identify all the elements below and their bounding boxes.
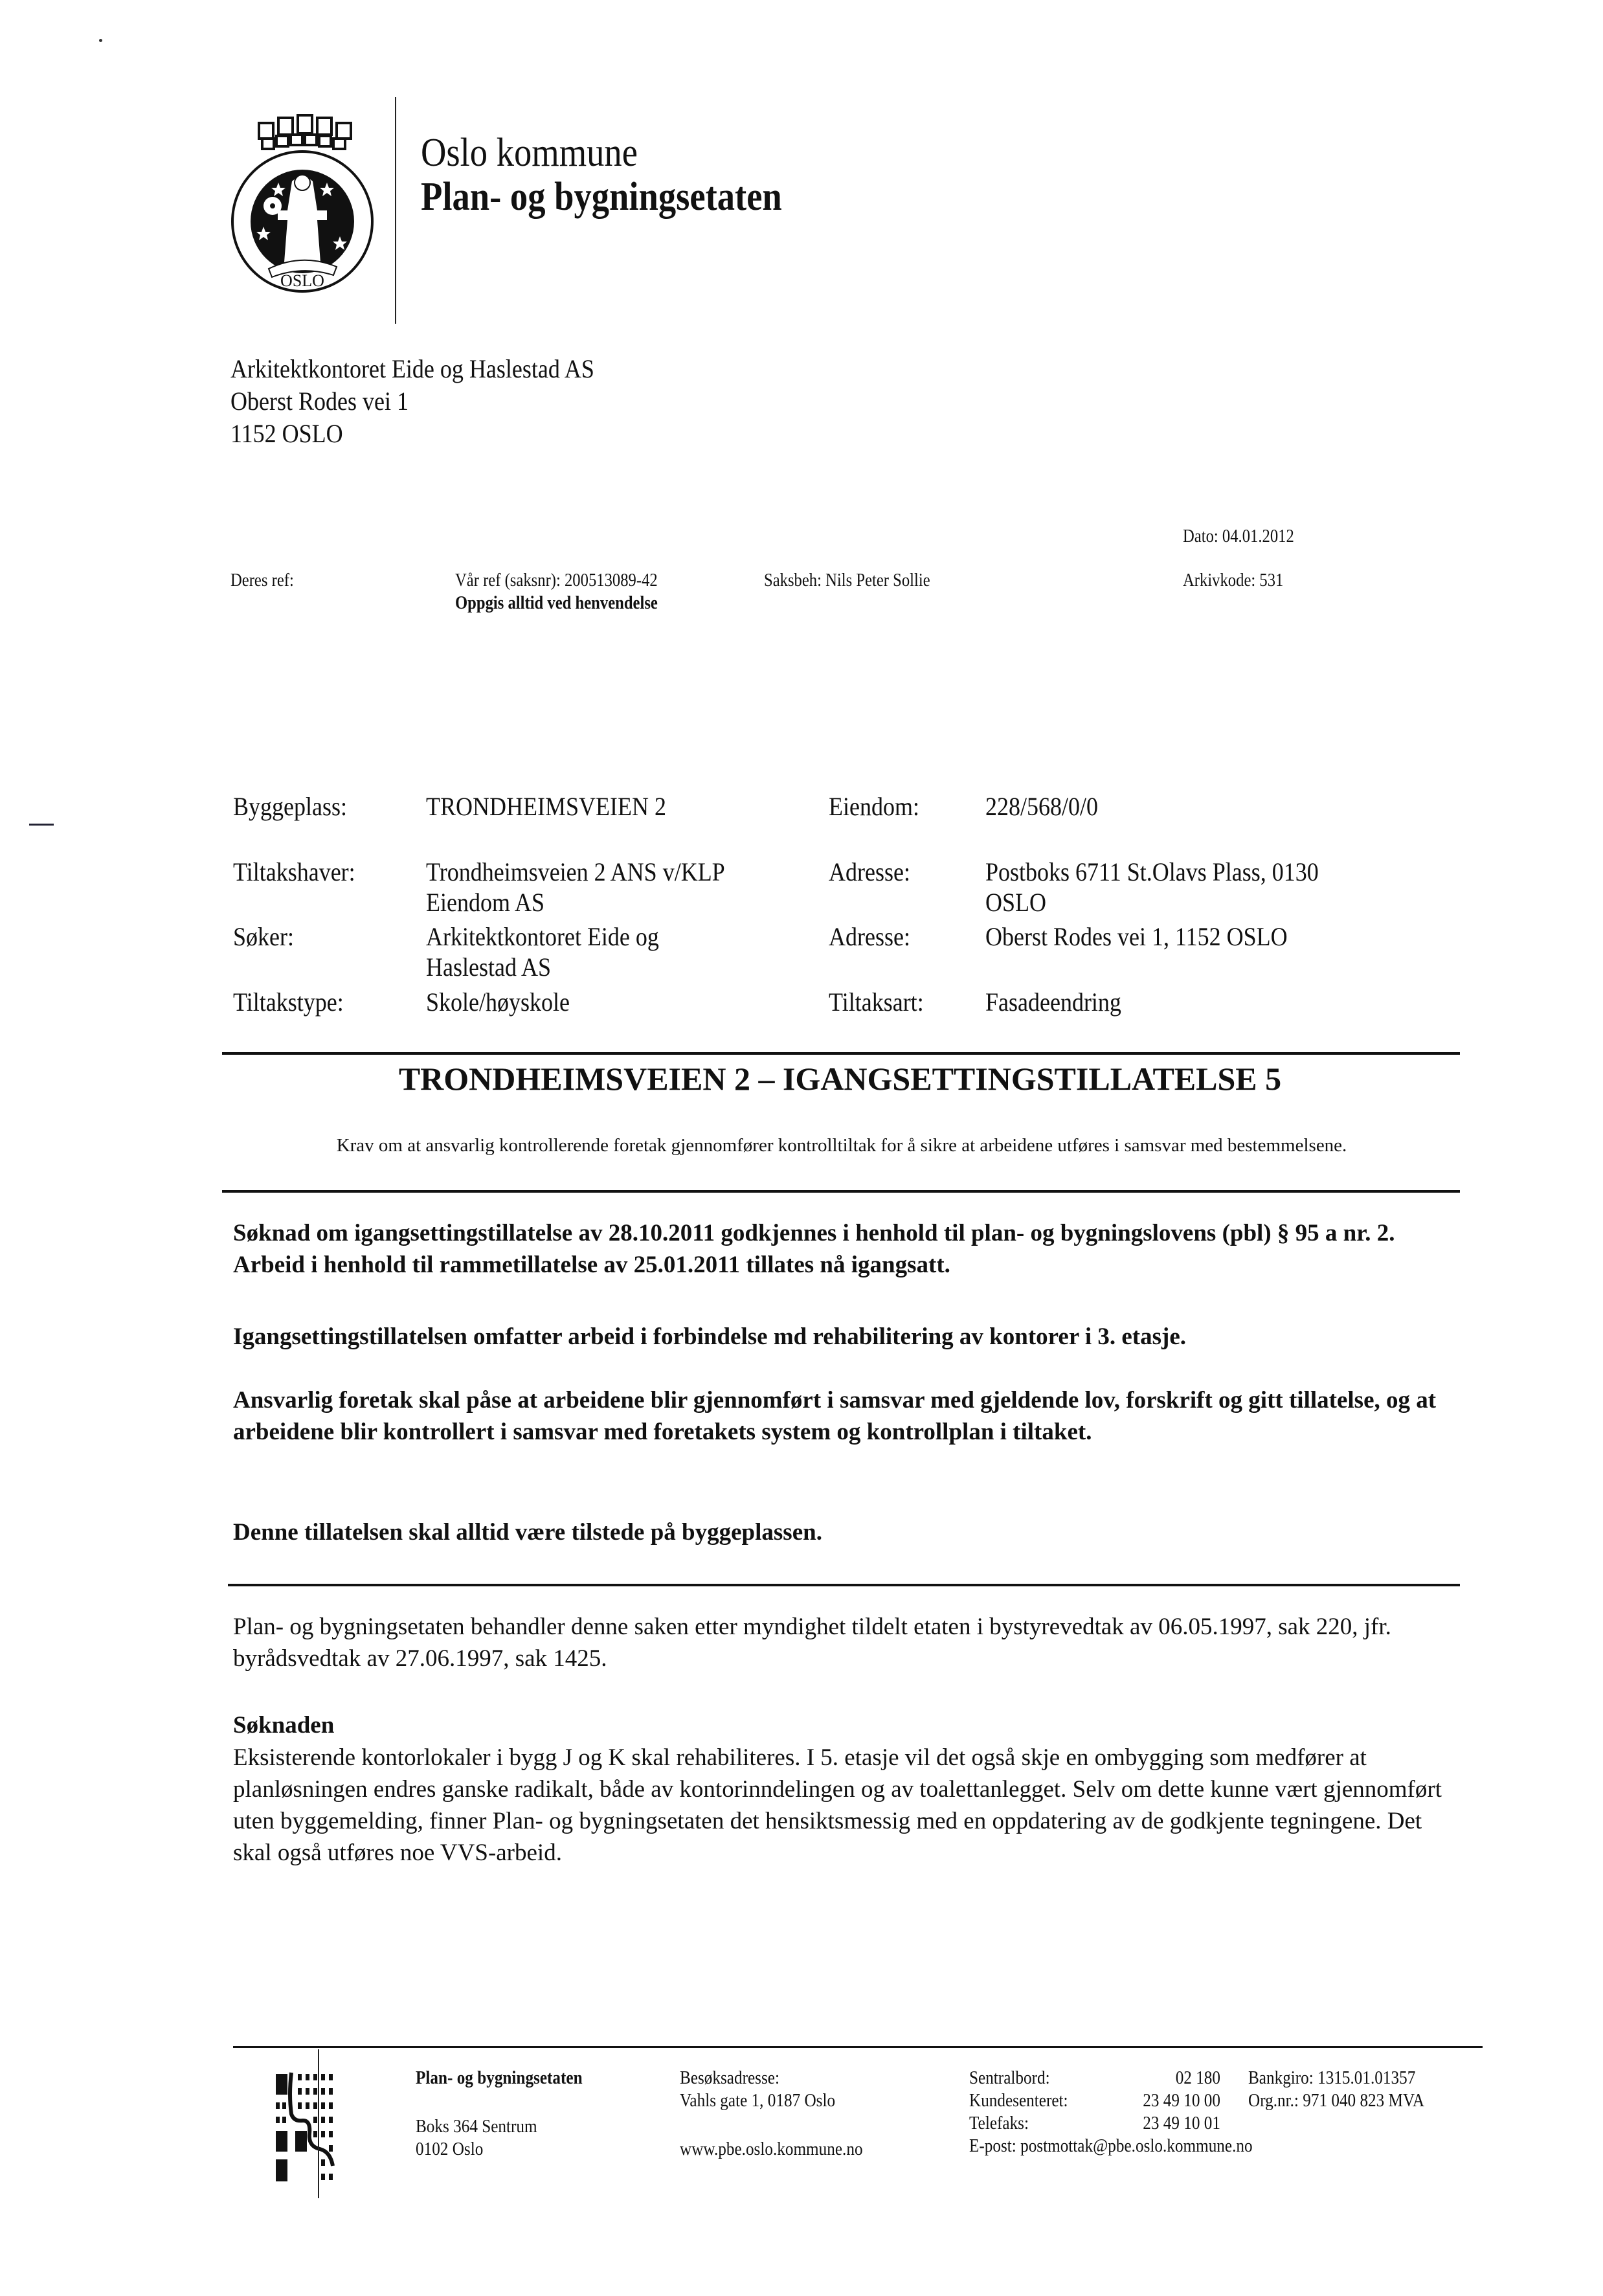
footer-contact-label: Kundesenteret:	[969, 2090, 1068, 2112]
footer-website[interactable]: www.pbe.oslo.kommune.no	[680, 2139, 863, 2161]
deres-ref: Deres ref:	[230, 570, 294, 592]
footer-divider-vertical	[318, 2049, 319, 2198]
info-value-tiltakstype: Skole/høyskole	[426, 987, 570, 1017]
recipient-line: Oberst Rodes vei 1	[230, 385, 594, 418]
decision-approval: Søknad om igangsettingstillatelse av 28.…	[233, 1217, 1463, 1281]
footer-orgnr: Org.nr.: 971 040 823 MVA	[1248, 2090, 1424, 2112]
archive-code: Arkivkode: 531	[1183, 570, 1283, 592]
info-value-adresse-2: Oberst Rodes vei 1, 1152 OSLO	[985, 921, 1288, 952]
scan-speck	[99, 39, 102, 42]
footer-postal-2: 0102 Oslo	[416, 2139, 483, 2161]
info-value-tiltakshaver-cont: Eiendom AS	[426, 887, 544, 917]
decision-responsibility: Ansvarlig foretak skal påse at arbeidene…	[233, 1384, 1463, 1448]
footer-contact-value: 23 49 10 00	[1113, 2090, 1221, 2112]
oslo-crest-logo: OSLO	[230, 97, 376, 304]
department-name: Plan- og bygningsetaten	[421, 174, 782, 220]
info-value-eiendom: 228/568/0/0	[985, 791, 1098, 822]
recipient-line: 1152 OSLO	[230, 418, 594, 450]
decision-onsite-notice: Denne tillatelsen skal alltid være tilst…	[233, 1516, 1463, 1548]
info-label-soker: Søker:	[233, 921, 294, 952]
letter-date: Dato: 04.01.2012	[1183, 526, 1294, 548]
recipient-line: Arkitektkontoret Eide og Haslestad AS	[230, 353, 594, 385]
divider	[222, 1052, 1460, 1055]
footer-contact-label: Telefaks:	[969, 2113, 1029, 2135]
divider	[222, 1190, 1460, 1193]
footer-email[interactable]: E-post: postmottak@pbe.oslo.kommune.no	[969, 2135, 1253, 2157]
pbe-logo	[246, 2069, 369, 2185]
divider	[228, 1584, 1460, 1586]
fold-mark	[29, 824, 54, 826]
info-value-adresse-1-cont: OSLO	[985, 887, 1046, 917]
footer-org: Plan- og bygningsetaten	[416, 2067, 583, 2089]
info-value-soker: Arkitektkontoret Eide og	[426, 921, 659, 952]
footer-contact-label: Sentralbord:	[969, 2067, 1050, 2089]
info-value-adresse-1: Postboks 6711 St.Olavs Plass, 0130	[985, 857, 1319, 887]
footer-visit-label: Besøksadresse:	[680, 2067, 779, 2089]
info-label-tiltakstype: Tiltakstype:	[233, 987, 344, 1017]
footer-bankgiro: Bankgiro: 1315.01.01357	[1248, 2067, 1415, 2089]
info-label-eiendom: Eiendom:	[829, 791, 919, 822]
org-name: Oslo kommune	[421, 129, 638, 176]
svg-text:OSLO: OSLO	[280, 271, 324, 290]
info-value-tiltakshaver: Trondheimsveien 2 ANS v/KLP	[426, 857, 725, 887]
decision-scope: Igangsettingstillatelsen omfatter arbeid…	[233, 1321, 1463, 1353]
info-value-soker-cont: Haslestad AS	[426, 952, 551, 982]
header-divider	[395, 97, 396, 324]
footer-postal-1: Boks 364 Sentrum	[416, 2116, 537, 2138]
var-ref: Vår ref (saksnr): 200513089-42	[455, 570, 658, 592]
section-text-soknaden: Eksisterende kontorlokaler i bygg J og K…	[233, 1742, 1463, 1869]
var-ref-note: Oppgis alltid ved henvendelse	[455, 592, 658, 614]
info-value-tiltaksart: Fasadeendring	[985, 987, 1121, 1017]
authority-statement: Plan- og bygningsetaten behandler denne …	[233, 1611, 1463, 1674]
document-title: TRONDHEIMSVEIEN 2 – IGANGSETTINGSTILLATE…	[220, 1059, 1460, 1098]
info-label-tiltakshaver: Tiltakshaver:	[233, 857, 355, 887]
footer-contact-value: 02 180	[1113, 2067, 1221, 2089]
info-label-byggeplass: Byggeplass:	[233, 791, 347, 822]
info-label-adresse-2: Adresse:	[829, 921, 910, 952]
section-heading-soknaden: Søknaden	[233, 1709, 1463, 1741]
info-value-byggeplass: TRONDHEIMSVEIEN 2	[426, 791, 666, 822]
recipient-address: Arkitektkontoret Eide og Haslestad AS Ob…	[230, 353, 634, 450]
footer-divider	[233, 2046, 1483, 2048]
control-notice: Krav om at ansvarlig kontrollerende fore…	[246, 1132, 1437, 1159]
info-label-tiltaksart: Tiltaksart:	[829, 987, 924, 1017]
footer-visit-address: Vahls gate 1, 0187 Oslo	[680, 2090, 835, 2112]
case-officer: Saksbeh: Nils Peter Sollie	[764, 570, 930, 592]
info-label-adresse-1: Adresse:	[829, 857, 910, 887]
footer-contact-value: 23 49 10 01	[1113, 2113, 1221, 2135]
